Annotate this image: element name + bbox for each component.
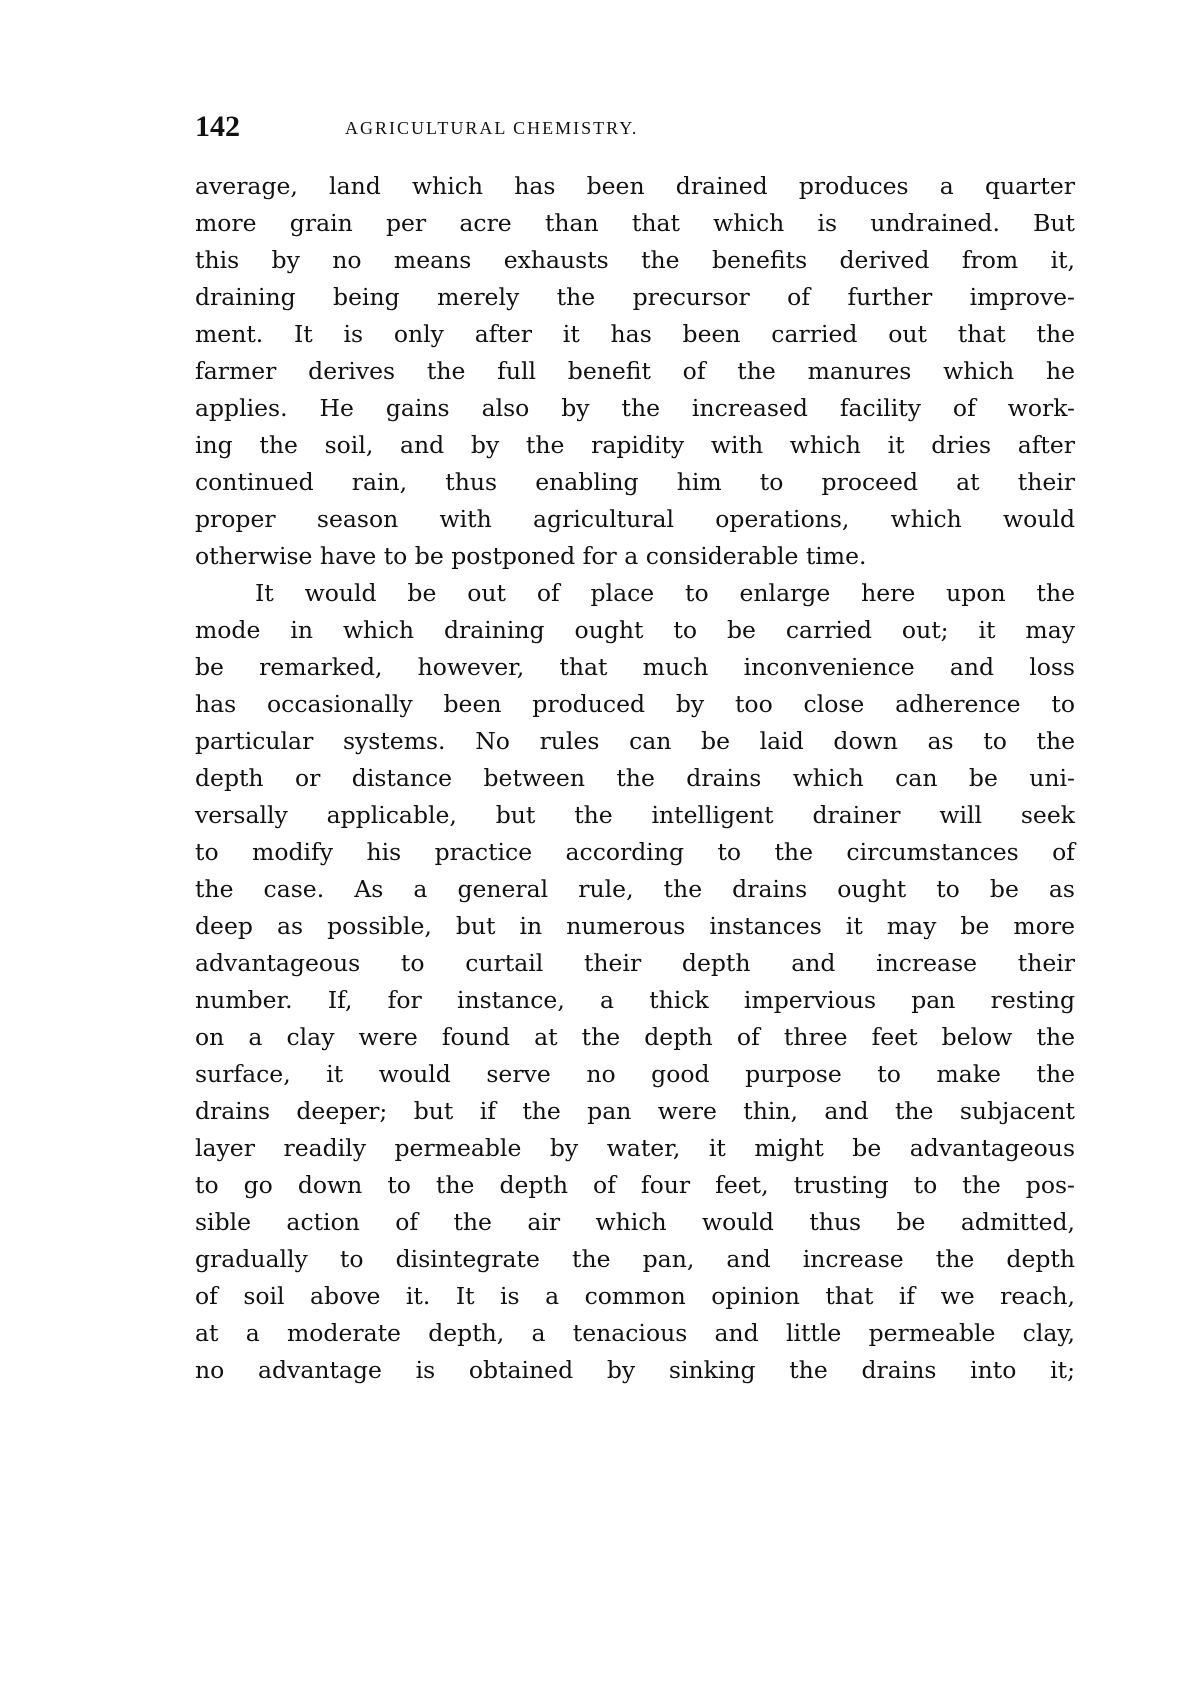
text-line: continued rain, thus enabling him to pro…: [195, 464, 1075, 501]
text-line: at a moderate depth, a tenacious and lit…: [195, 1315, 1075, 1352]
text-line: farmer derives the full benefit of the m…: [195, 353, 1075, 390]
paragraph-1: average, land which has been drained pro…: [195, 168, 1075, 575]
text-line: versally applicable, but the intelligent…: [195, 797, 1075, 834]
text-line: ing the soil, and by the rapidity with w…: [195, 427, 1075, 464]
text-line: proper season with agricultural operatio…: [195, 501, 1075, 538]
text-line: gradually to disintegrate the pan, and i…: [195, 1241, 1075, 1278]
text-line: to modify his practice according to the …: [195, 834, 1075, 871]
text-line: It would be out of place to enlarge here…: [195, 575, 1075, 612]
paragraph-2: It would be out of place to enlarge here…: [195, 575, 1075, 1389]
text-line: has occasionally been produced by too cl…: [195, 686, 1075, 723]
text-line: otherwise have to be postponed for a con…: [195, 538, 1075, 575]
text-line: draining being merely the precursor of f…: [195, 279, 1075, 316]
text-line: depth or distance between the drains whi…: [195, 760, 1075, 797]
text-line: average, land which has been drained pro…: [195, 168, 1075, 205]
body-text: average, land which has been drained pro…: [195, 168, 1075, 1389]
text-line: drains deeper; but if the pan were thin,…: [195, 1093, 1075, 1130]
text-line: more grain per acre than that which is u…: [195, 205, 1075, 242]
text-line: mode in which draining ought to be carri…: [195, 612, 1075, 649]
text-line: the case. As a general rule, the drains …: [195, 871, 1075, 908]
page-header: 142 AGRICULTURAL CHEMISTRY.: [195, 110, 1075, 150]
text-line: surface, it would serve no good purpose …: [195, 1056, 1075, 1093]
text-line: ment. It is only after it has been carri…: [195, 316, 1075, 353]
text-line: layer readily permeable by water, it mig…: [195, 1130, 1075, 1167]
text-line: to go down to the depth of four feet, tr…: [195, 1167, 1075, 1204]
text-line: on a clay were found at the depth of thr…: [195, 1019, 1075, 1056]
text-line: number. If, for instance, a thick imperv…: [195, 982, 1075, 1019]
page-number: 142: [195, 110, 240, 144]
text-line: applies. He gains also by the increased …: [195, 390, 1075, 427]
text-line: particular systems. No rules can be laid…: [195, 723, 1075, 760]
text-line: sible action of the air which would thus…: [195, 1204, 1075, 1241]
text-line: of soil above it. It is a common opinion…: [195, 1278, 1075, 1315]
text-line: be remarked, however, that much inconven…: [195, 649, 1075, 686]
text-line: this by no means exhausts the benefits d…: [195, 242, 1075, 279]
text-line: deep as possible, but in numerous instan…: [195, 908, 1075, 945]
running-head: AGRICULTURAL CHEMISTRY.: [345, 118, 638, 139]
text-line: no advantage is obtained by sinking the …: [195, 1352, 1075, 1389]
book-page: 142 AGRICULTURAL CHEMISTRY. average, lan…: [0, 0, 1200, 1694]
text-line: advantageous to curtail their depth and …: [195, 945, 1075, 982]
